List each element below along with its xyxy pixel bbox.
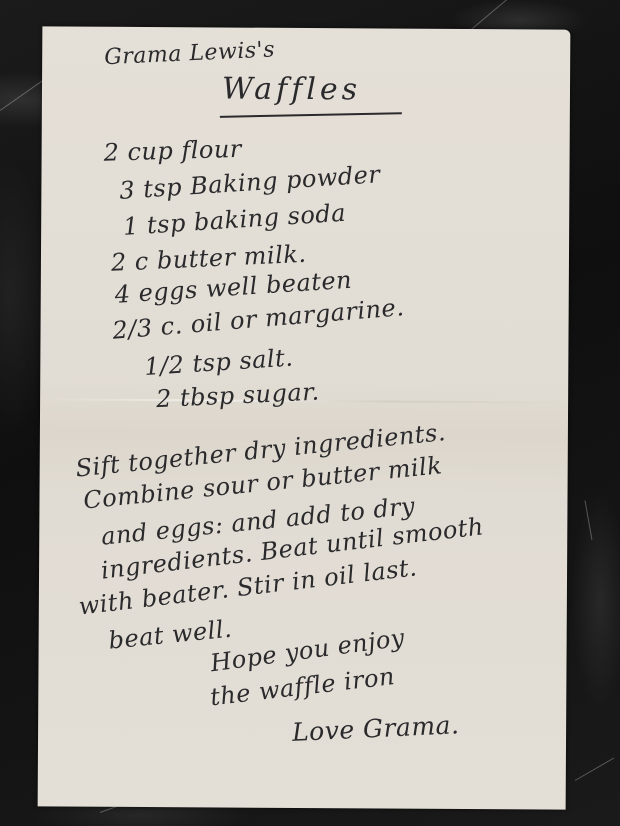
- title-underline: [220, 112, 402, 118]
- ingredient-line: 1/2 tsp salt.: [143, 344, 294, 381]
- ingredient-line: 1 tsp baking soda: [122, 199, 346, 241]
- ingredient-line: 2 cup flour: [103, 135, 242, 167]
- ingredient-line: 2 tbsp sugar.: [155, 378, 320, 414]
- recipe-title: Waffles: [222, 71, 361, 107]
- signature: Love Grama.: [291, 710, 460, 747]
- recipe-header: Grama Lewis's: [104, 37, 276, 70]
- recipe-card: Grama Lewis's Waffles 2 cup flour 3 tsp …: [38, 26, 571, 809]
